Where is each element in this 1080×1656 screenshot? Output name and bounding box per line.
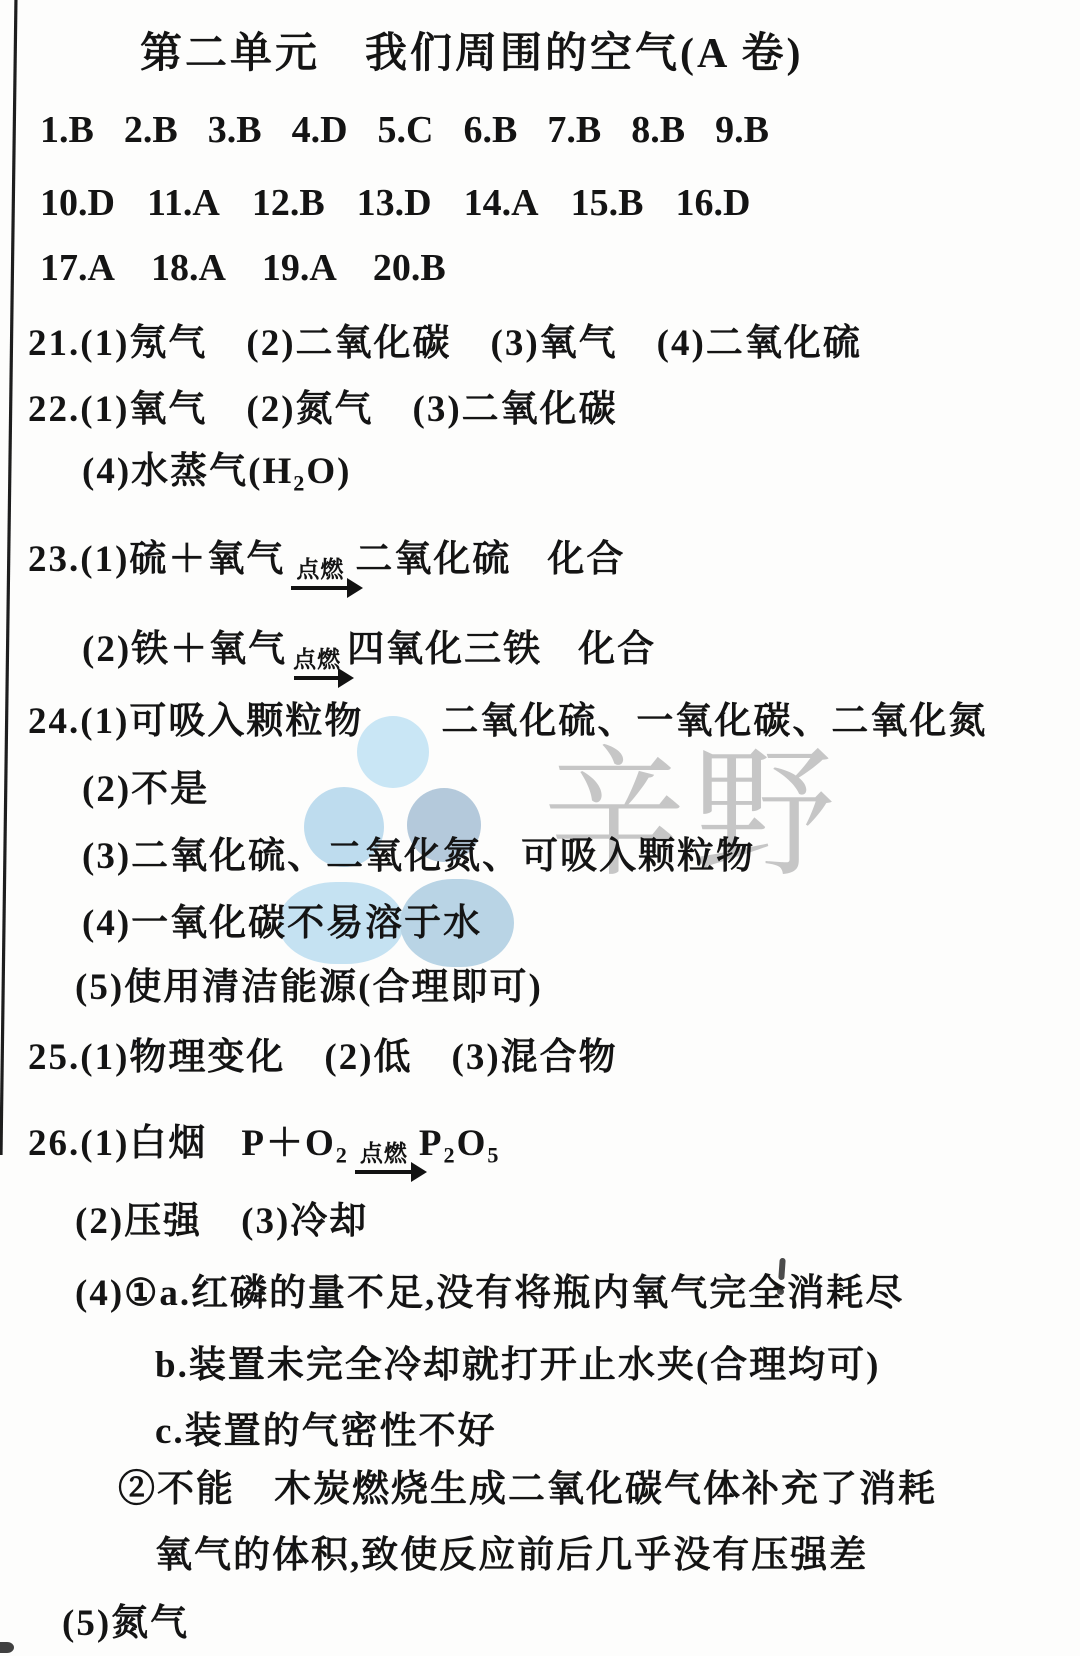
- right-arrow-icon: [355, 1170, 413, 1174]
- answer-line-q24-5: (5)使用清洁能源(合理即可): [75, 956, 543, 1010]
- choice-answer: 20.B: [373, 246, 446, 290]
- answer-key-page: 辛野 第二单元 我们周围的空气(A 卷) 1.B2.B3.B4.D5.C6.B7…: [0, 0, 1080, 1656]
- right-arrow-icon: [294, 676, 340, 680]
- answer-line-q26-4c: c.装置的气密性不好: [155, 1400, 497, 1454]
- choice-answer: 19.A: [262, 246, 337, 290]
- answer-line-q26-4-circle2: ②不能 木炭燃烧生成二氧化碳气体补充了消耗: [118, 1458, 937, 1512]
- answer-line-q24-1: 24.(1)可吸入颗粒物 二氧化硫、一氧化碳、二氧化氮: [28, 690, 987, 744]
- choice-answer: 15.B: [571, 181, 644, 225]
- answer-line-q21: 21.(1)氖气 (2)二氧化碳 (3)氧气 (4)二氧化硫: [28, 312, 862, 366]
- ignite-condition-label: 点燃: [293, 647, 341, 672]
- reaction-type: 化合: [578, 618, 656, 672]
- answer-line-q24-4: (4)一氧化碳不易溶于水: [82, 892, 482, 946]
- choice-answer: 12.B: [252, 181, 325, 225]
- answer-line-q25: 25.(1)物理变化 (2)低 (3)混合物: [28, 1026, 618, 1080]
- reaction-type: 化合: [547, 528, 625, 582]
- choice-answer: 1.B: [40, 108, 94, 152]
- answer-line-q22: 22.(1)氧气 (2)氮气 (3)二氧化碳: [28, 378, 618, 432]
- choice-answers-row-2: 10.D11.A12.B13.D14.A15.B16.D: [40, 181, 750, 225]
- page-content: 第二单元 我们周围的空气(A 卷) 1.B2.B3.B4.D5.C6.B7.B8…: [0, 0, 1080, 1656]
- choice-answer: 9.B: [715, 108, 769, 152]
- answer-prefix: 26.(1)白烟: [28, 1112, 207, 1166]
- answer-line-q26-4-circle2-cont: 氧气的体积,致使反应前后几乎没有压强差: [155, 1524, 868, 1578]
- answer-line-q24-3: (3)二氧化硫、二氧化氮、可吸入颗粒物: [82, 825, 755, 879]
- choice-answer: 13.D: [357, 181, 432, 225]
- answer-line-q24-2: (2)不是: [82, 758, 209, 812]
- choice-answer: 5.C: [378, 108, 434, 152]
- ignite-condition-label: 点燃: [296, 557, 344, 582]
- choice-answers-row-3: 17.A18.A19.A20.B: [40, 246, 446, 290]
- answer-line-q23-1: 23.(1)硫＋氧气 点燃 二氧化硫 化合: [28, 528, 625, 584]
- choice-answer: 6.B: [463, 108, 517, 152]
- answer-line-q23-2: (2)铁＋氧气 点燃 四氧化三铁 化合: [82, 618, 656, 674]
- choice-answers-row-1: 1.B2.B3.B4.D5.C6.B7.B8.B9.B: [40, 108, 769, 152]
- reaction-products: 二氧化硫: [355, 528, 511, 582]
- reaction-products: 四氧化三铁: [347, 618, 542, 672]
- choice-answer: 2.B: [124, 108, 178, 152]
- choice-answer: 18.A: [151, 246, 226, 290]
- choice-answer: 3.B: [208, 108, 262, 152]
- choice-answer: 7.B: [547, 108, 601, 152]
- reaction-arrow: 点燃: [355, 1141, 413, 1174]
- reaction-arrow: 点燃: [293, 647, 341, 680]
- answer-line-q26-2-3: (2)压强 (3)冷却: [75, 1190, 368, 1244]
- answer-line-q22-4: (4)水蒸气(H₂O): [82, 440, 351, 494]
- choice-answer: 10.D: [40, 181, 115, 225]
- ignite-condition-label: 点燃: [360, 1141, 408, 1166]
- choice-answer: 11.A: [147, 181, 220, 225]
- answer-line-q26-5: (5)氮气: [62, 1592, 189, 1646]
- reaction-products: P₂O₅: [419, 1122, 501, 1165]
- reaction-reactants: 23.(1)硫＋氧气: [28, 528, 285, 582]
- reaction-arrow: 点燃: [291, 557, 349, 590]
- answer-line-q26-4a: (4)①a.红磷的量不足,没有将瓶内氧气完全消耗尽: [75, 1262, 904, 1316]
- reaction-reactants: (2)铁＋氧气: [82, 618, 287, 672]
- choice-answer: 14.A: [464, 181, 539, 225]
- answer-line-q26-1: 26.(1)白烟 P＋O₂ 点燃 P₂O₅: [28, 1112, 500, 1168]
- reaction-reactants: P＋O₂: [241, 1112, 348, 1166]
- answer-line-q26-4b: b.装置未完全冷却就打开止水夹(合理均可): [155, 1334, 880, 1388]
- choice-answer: 8.B: [631, 108, 685, 152]
- choice-answer: 17.A: [40, 246, 115, 290]
- page-title: 第二单元 我们周围的空气(A 卷): [140, 20, 804, 80]
- right-arrow-icon: [291, 586, 349, 590]
- choice-answer: 4.D: [292, 108, 348, 152]
- choice-answer: 16.D: [675, 181, 750, 225]
